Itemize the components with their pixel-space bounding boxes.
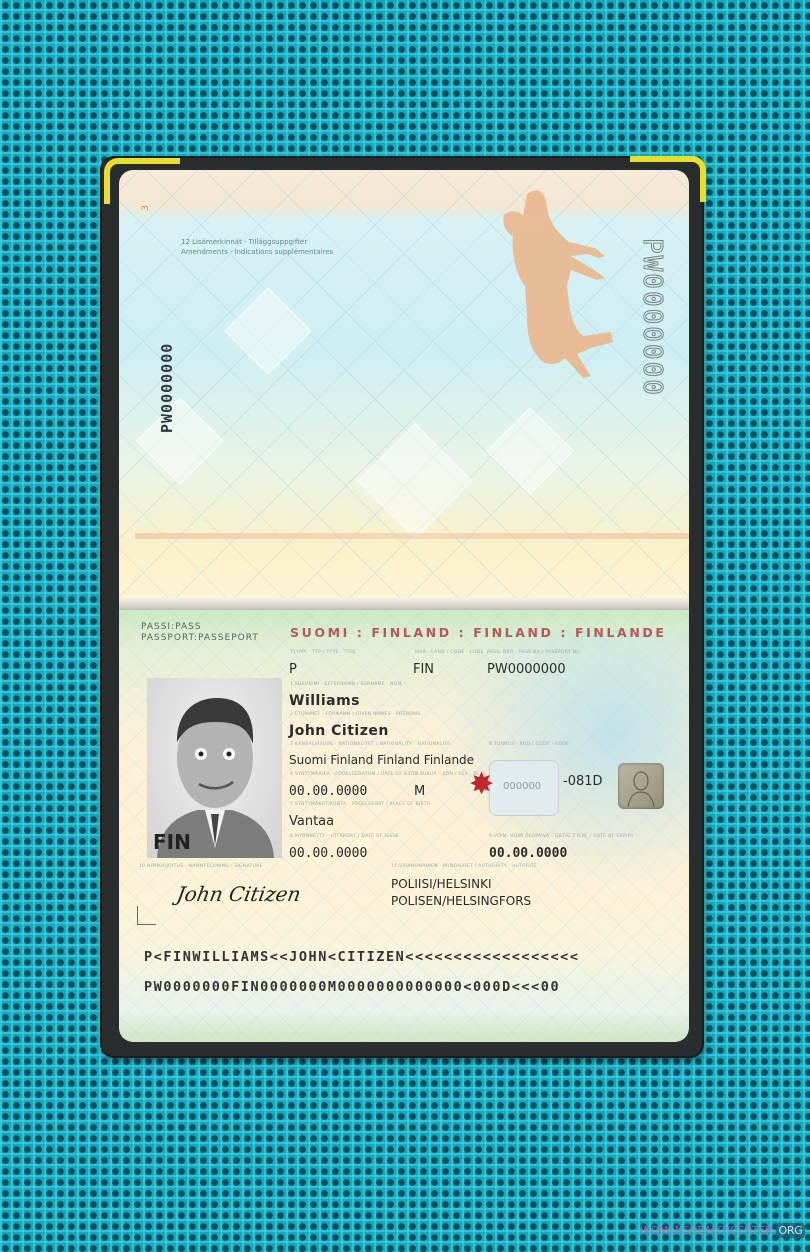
mrz-line-2: PW0000000FIN0000000M0000000000000<000D<<…	[144, 979, 560, 995]
ghost-code: 000000	[503, 781, 541, 792]
passport-no-label: PASSI NRO · PASS NR / PASSPORT NO	[487, 650, 580, 656]
passport-number-vertical: PW0000000	[158, 283, 176, 433]
dob-label: 4 SYNTYMÄAIKA · FÖDELSEDATUM / DATE OF B…	[290, 772, 419, 778]
passport-no-value: PW0000000	[487, 662, 566, 677]
surname-label: 1 SUKUNIMI · EFTERNAMN / SURNAME · NOM	[290, 682, 402, 688]
upper-page: 3 12 Lisämerkinnät · Tilläggsuppgifter A…	[119, 170, 689, 606]
page-seam	[119, 598, 689, 610]
nationality-value: Suomi Finland Finland Finlande	[289, 753, 474, 767]
watermark-text: WOMENSHEALTHCENTER	[640, 1224, 772, 1237]
place-of-birth-value: Vantaa	[289, 814, 334, 829]
code-value: FIN	[413, 662, 434, 677]
code-label: MAA · LAND / CODE · CODE	[415, 650, 484, 656]
authority-line2: POLISEN/HELSINGFORS	[391, 894, 531, 908]
data-page: PASSI:PASS PASSPORT:PASSEPORT SUOMI : FI…	[119, 610, 689, 1042]
issuing-country: SUOMI : FINLAND : FINLAND : FINLANDE	[290, 625, 667, 640]
surname-value: Williams	[289, 693, 360, 709]
authority-label: 11 VIRANOMAINEN · MYNDIGHET / AUTHORITY …	[391, 864, 537, 870]
personal-code-value: -081D	[563, 774, 603, 789]
photo-overlay-text: FIN	[153, 830, 191, 854]
watermark-suffix: ORG	[776, 1223, 806, 1238]
signature-label: 10 NIMIKIRJOITUS · NAMNTECKNING / SIGNAT…	[139, 864, 263, 870]
date-of-issue-label: 8 MYÖNNETTY · UTFÄRDAT / DATE OF ISSUE	[290, 834, 399, 840]
type-value: P	[289, 662, 297, 677]
elk-icon	[487, 186, 617, 386]
date-of-expiry-label: 9 VOIM. VOIM OLOPÄIVÄ · GILTIG T.O.M. / …	[489, 834, 634, 840]
type-label: TYYPPI · TYP / TYPE · TYPE	[290, 650, 356, 656]
nationality-label: 3 KANSALAISUUS · NATIONALITET / NATIONAL…	[290, 742, 450, 748]
corner-mark	[137, 906, 156, 925]
authority-line1: POLIISI/HELSINKI	[391, 877, 491, 891]
amendments-label-line1: 12 Lisämerkinnät · Tilläggsuppgifter	[181, 237, 333, 247]
date-of-issue-value: 00.00.0000	[289, 846, 367, 861]
holder-photo: FIN	[147, 678, 282, 858]
mrz-line-1: P<FINWILLIAMS<<JOHN<CITIZEN<<<<<<<<<<<<<…	[144, 949, 580, 965]
sex-value: M	[414, 784, 425, 799]
header-line2: PASSPORT:PASSEPORT	[141, 633, 259, 644]
document-type-header: PASSI:PASS PASSPORT:PASSEPORT	[141, 622, 259, 644]
dob-value: 00.00.0000	[289, 784, 367, 799]
watermark: WOMENSHEALTHCENTER ORG	[640, 1224, 805, 1237]
hologram-face-icon	[618, 763, 664, 809]
security-thread	[135, 533, 689, 539]
personal-code-label: 6 TUNNUS · KOD / CODE · CODE	[489, 742, 569, 748]
page-number: 3	[141, 205, 151, 211]
hologram-portrait	[618, 763, 664, 809]
date-of-expiry-value: 00.00.0000	[489, 846, 567, 861]
laser-star-icon: ✸	[469, 770, 494, 800]
amendments-label-line2: Amendments · Indications supplémentaires	[181, 247, 333, 257]
given-names-value: John Citizen	[289, 723, 389, 739]
header-line1: PASSI:PASS	[141, 622, 259, 633]
given-names-label: 2 ETUNIMET · FÖRNAMN / GIVEN NAMES · PRÉ…	[290, 712, 420, 718]
amendments-label: 12 Lisämerkinnät · Tilläggsuppgifter Ame…	[181, 237, 333, 257]
perforated-passport-number: PW0000000	[637, 238, 667, 498]
place-of-birth-label: 7 SYNTYMÄKOTIKUNTA · FÖDELSEORT / PLACE …	[290, 802, 430, 808]
holder-signature: John Citizen	[175, 882, 303, 906]
